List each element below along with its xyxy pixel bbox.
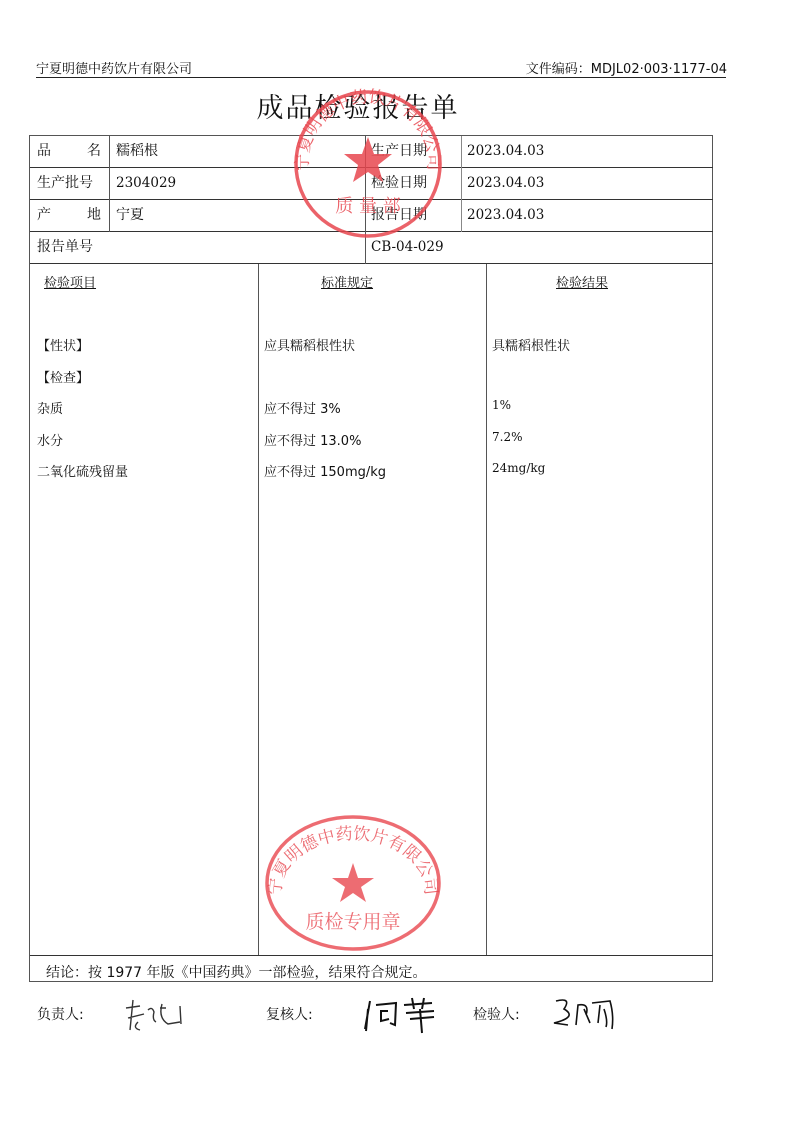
test-item: 杂质 [37,398,63,417]
col-divider [486,264,487,955]
col-divider [109,136,110,232]
responsible-label: 负责人: [37,1004,84,1024]
reviewer-signature [362,995,442,1035]
header-standard: 标准规定 [321,272,373,291]
label-char: 名 [87,135,101,167]
test-standard: 应不得过 3% [264,398,341,417]
page-title: 成品检验报告单 [0,86,716,125]
header-test-item: 检验项目 [44,272,96,291]
document-code: 文件编码：MDJL02·003·1177-04 [526,58,727,77]
inspector-label: 检验人: [473,1004,520,1024]
conclusion: 结论：按 1977 年版《中国药典》一部检验，结果符合规定。 [46,962,427,982]
report-date-label: 报告日期 [371,199,427,231]
header-divider [36,77,726,78]
test-result: 具糯稻根性状 [492,335,570,354]
product-name-value: 糯稻根 [116,135,158,167]
col-divider [365,136,366,264]
test-item: 【检查】 [37,367,89,386]
test-item: 【性状】 [37,335,89,354]
col-divider [461,136,462,232]
product-name-label: 品 名 [37,135,101,167]
test-result: 1% [492,398,511,412]
test-item: 二氧化硫残留量 [37,461,128,480]
test-result: 24mg/kg [492,461,545,475]
test-item: 水分 [37,430,63,449]
batch-value: 2304029 [116,167,176,199]
company-name: 宁夏明德中药饮片有限公司 [36,58,192,77]
test-standard: 应不得过 13.0% [264,430,361,449]
label-char: 品 [37,135,51,167]
test-standard: 应具糯稻根性状 [264,335,355,354]
row-divider [30,955,713,956]
origin-label: 产 地 [37,199,101,231]
label-char: 地 [87,199,101,231]
production-date-value: 2023.04.03 [467,135,544,167]
row-divider [30,263,713,264]
origin-value: 宁夏 [116,199,144,231]
batch-label: 生产批号 [37,167,93,199]
test-standard: 应不得过 150mg/kg [264,461,386,480]
report-no-label: 报告单号 [37,231,93,263]
test-result: 7.2% [492,430,523,444]
report-date-value: 2023.04.03 [467,199,544,231]
test-date-label: 检验日期 [371,167,427,199]
production-date-label: 生产日期 [371,135,427,167]
inspector-signature [550,995,630,1035]
responsible-signature [118,996,188,1036]
col-divider [258,264,259,955]
label-char: 产 [37,199,51,231]
header-result: 检验结果 [556,272,608,291]
test-date-value: 2023.04.03 [467,167,544,199]
report-no-value: CB-04-029 [371,231,444,263]
reviewer-label: 复核人: [266,1004,313,1024]
